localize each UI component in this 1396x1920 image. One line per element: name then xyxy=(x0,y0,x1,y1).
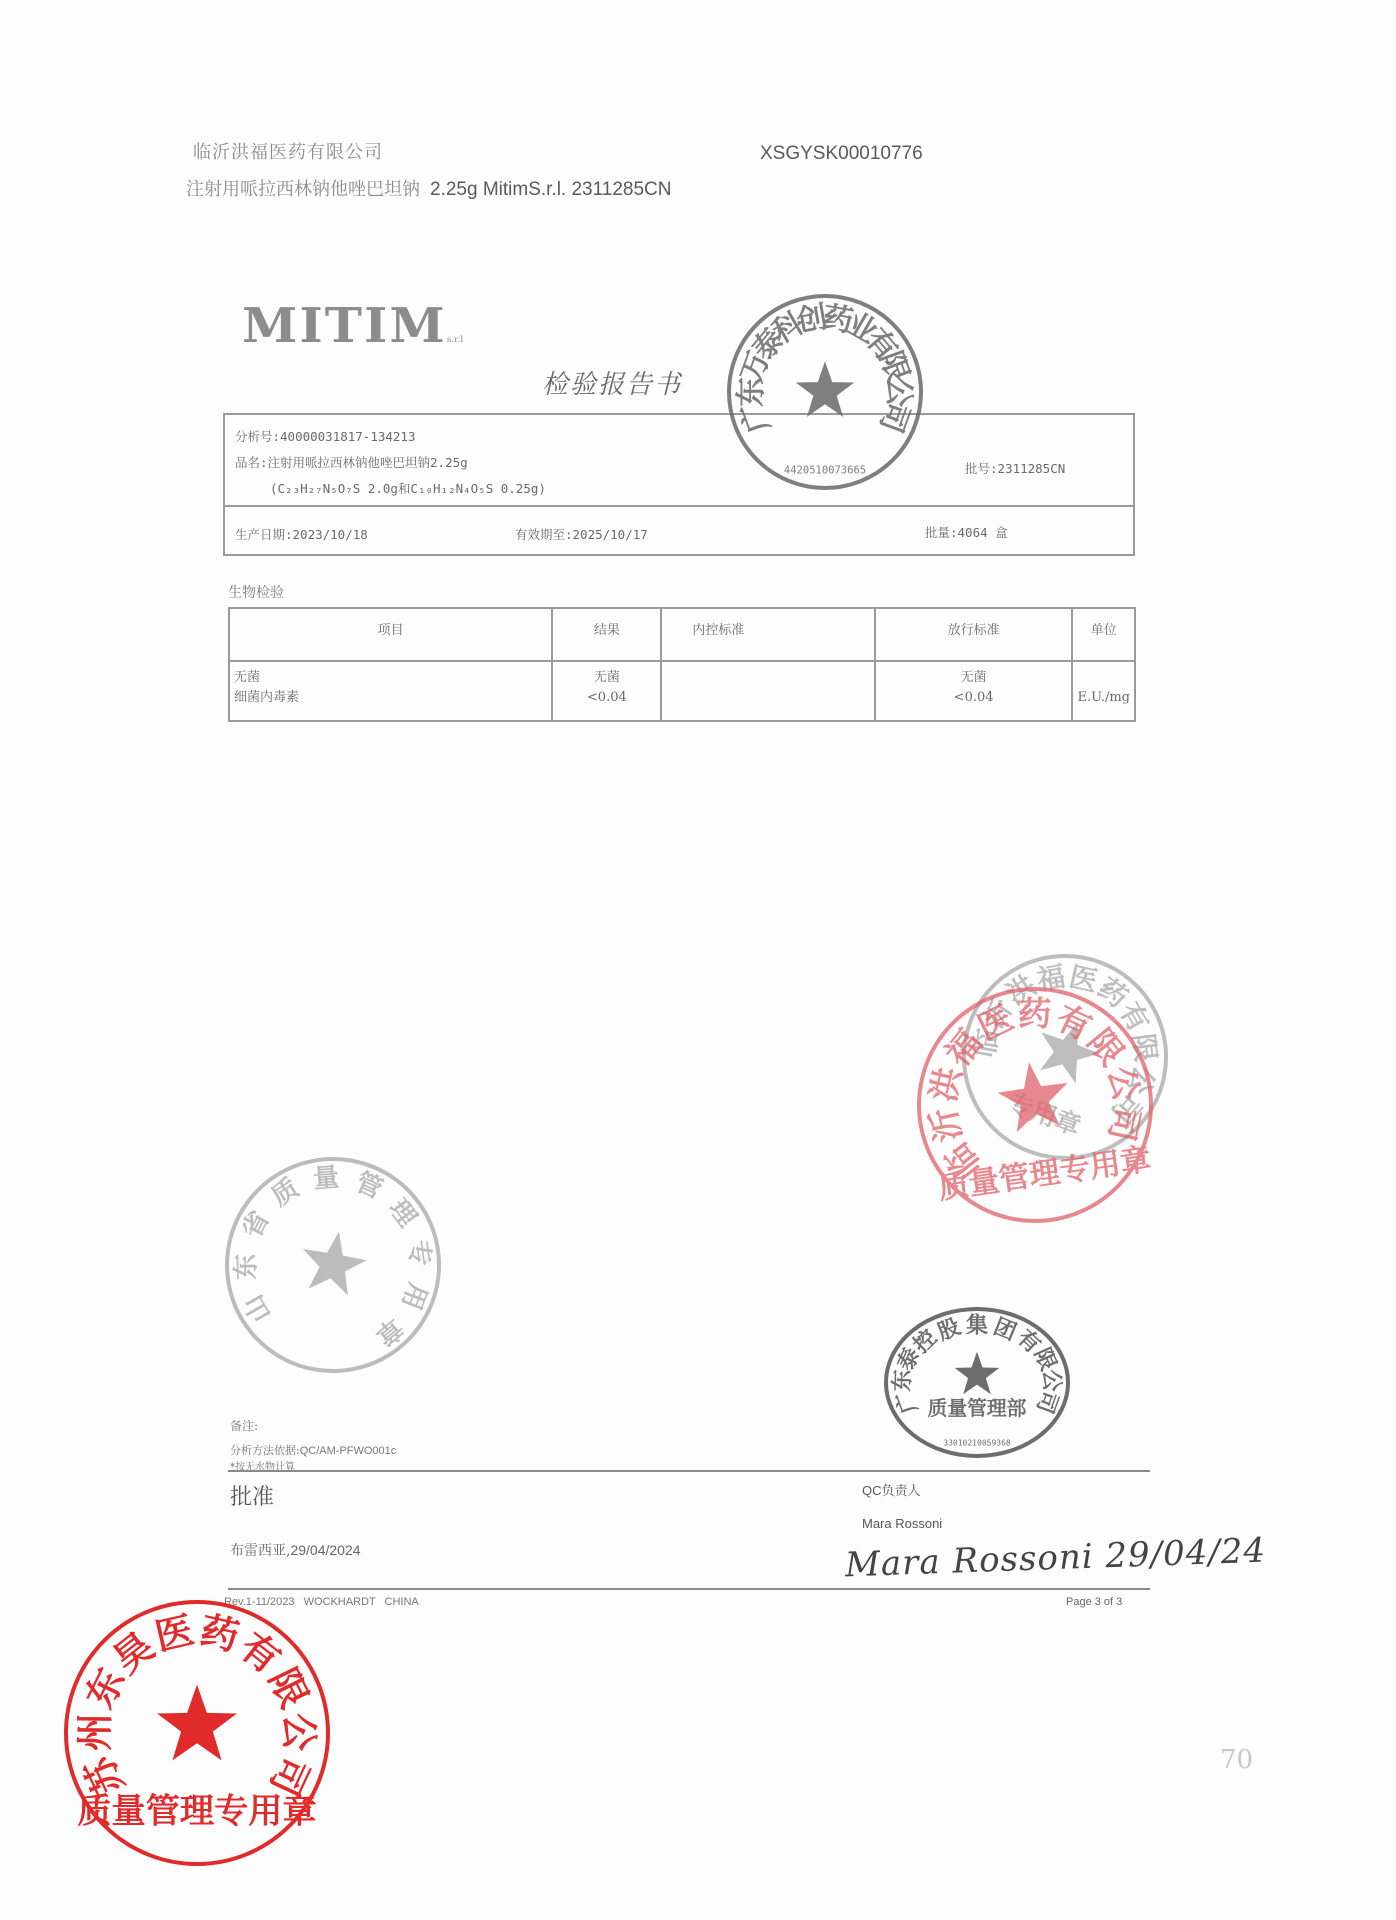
batch-number: 批号:2311285CN xyxy=(965,459,1065,477)
svg-text:限: 限 xyxy=(1126,1032,1162,1064)
svg-text:质量管理部: 质量管理部 xyxy=(928,1396,1027,1420)
svg-text:司: 司 xyxy=(1105,1087,1148,1130)
svg-text:医: 医 xyxy=(151,1607,198,1659)
handwritten-number: 70 xyxy=(1220,1745,1253,1775)
svg-text:公: 公 xyxy=(1100,1063,1147,1105)
svg-text:药: 药 xyxy=(1092,971,1134,1014)
svg-text:集: 集 xyxy=(966,1313,988,1339)
cell-items: 无菌 细菌内毒素 xyxy=(229,661,552,721)
svg-text:控: 控 xyxy=(908,1325,942,1359)
svg-text:33010210059368: 33010210059368 xyxy=(943,1438,1011,1447)
svg-text:东: 东 xyxy=(734,377,769,407)
col-unit: 单位 xyxy=(1072,608,1135,661)
qc-label: QC负责人 xyxy=(862,1480,921,1499)
svg-text:股: 股 xyxy=(934,1314,964,1346)
svg-text:公: 公 xyxy=(277,1713,322,1751)
document-code: XSGYSK00010776 xyxy=(760,143,923,165)
svg-text:用: 用 xyxy=(395,1279,432,1314)
batch-quantity: 批量:4064 盒 xyxy=(925,523,1008,541)
svg-text:省: 省 xyxy=(237,1206,276,1243)
product-name-cn: 注射用哌拉西林钠他唑巴坦钠 xyxy=(186,179,420,200)
svg-text:泰: 泰 xyxy=(893,1344,926,1375)
svg-text:限: 限 xyxy=(260,1661,317,1715)
table-row: 无菌 细菌内毒素 无菌 <0.04 无菌 <0.04 E.U./mg xyxy=(229,661,1135,721)
svg-text:质量管理专用章: 质量管理专用章 xyxy=(936,1141,1153,1206)
report-title: 检验报告书 xyxy=(542,364,682,401)
col-release-standard: 放行标准 xyxy=(875,608,1073,661)
svg-text:量: 量 xyxy=(312,1163,340,1195)
svg-text:公: 公 xyxy=(881,377,916,407)
svg-text:有: 有 xyxy=(858,322,904,367)
svg-text:章: 章 xyxy=(369,1311,409,1351)
svg-text:有: 有 xyxy=(1012,1325,1046,1359)
page-number: Page 3 of 3 xyxy=(1066,1596,1122,1608)
expiry-date: 有效期至:2025/10/17 xyxy=(515,525,648,543)
guangdong-holding-stamp-icon: 广东泰控股集团有限公司质量管理部33010210059368 xyxy=(882,1305,1072,1464)
logo-suffix: s.r.l xyxy=(447,335,464,345)
analysis-method: 分析方法依据:QC/AM-PFWO001c xyxy=(230,1442,396,1458)
manufacture-date: 生产日期:2023/10/18 xyxy=(235,525,368,543)
svg-text:管: 管 xyxy=(351,1166,387,1205)
info-divider xyxy=(225,505,1133,507)
svg-text:限: 限 xyxy=(1079,1022,1131,1074)
approve-label: 批准 xyxy=(230,1480,274,1511)
svg-text:公: 公 xyxy=(1038,1369,1065,1393)
svg-text:东: 东 xyxy=(231,1253,261,1280)
cell-results: 无菌 <0.04 xyxy=(552,661,661,721)
remarks-label: 备注: xyxy=(230,1417,258,1434)
svg-text:医: 医 xyxy=(1066,960,1101,999)
divider-line xyxy=(228,1470,1150,1472)
svg-text:苏: 苏 xyxy=(75,1749,132,1803)
svg-text:有: 有 xyxy=(1050,998,1098,1049)
distributor-name: 临沂洪福医药有限公司 xyxy=(193,138,383,164)
divider-line xyxy=(228,1588,1150,1590)
svg-text:司: 司 xyxy=(1100,1103,1146,1145)
product-spec: 2.25g MitimS.r.l. 2311285CN xyxy=(430,179,672,200)
svg-text:专用章: 专用章 xyxy=(1004,1087,1085,1141)
svg-text:专: 专 xyxy=(402,1238,436,1268)
shandong-quality-stamp-icon: 山东省质量管理专用章 xyxy=(223,1155,443,1379)
svg-text:东: 东 xyxy=(889,1369,916,1392)
svg-text:洪: 洪 xyxy=(924,1063,971,1105)
svg-text:药: 药 xyxy=(820,300,856,340)
qc-name: Mara Rossoni xyxy=(862,1516,942,1531)
col-internal-standard: 内控标准 xyxy=(661,608,874,661)
svg-text:药: 药 xyxy=(196,1607,243,1659)
svg-text:公: 公 xyxy=(1122,1062,1162,1098)
linyi-hongfu-quality-stamp-icon: 临沂洪福医药有限公司质量管理专用章 xyxy=(915,985,1155,1229)
svg-text:团: 团 xyxy=(990,1314,1020,1346)
svg-text:昊: 昊 xyxy=(105,1623,163,1682)
linyi-hongfu-gray-stamp-icon: 临沂洪福医药有限公司专用章 xyxy=(960,952,1170,1166)
svg-text:山: 山 xyxy=(239,1289,278,1327)
svg-text:有: 有 xyxy=(1113,997,1156,1038)
revision-info: Rev.1-11/2023 WOCKHARDT CHINA xyxy=(224,1596,419,1608)
signature: Mara Rossoni 29/04/24 xyxy=(844,1531,1266,1586)
analysis-number: 分析号:40000031817-134213 xyxy=(235,427,416,445)
svg-text:沂: 沂 xyxy=(977,992,1020,1034)
svg-text:理: 理 xyxy=(383,1194,423,1234)
svg-text:司: 司 xyxy=(1031,1387,1063,1417)
svg-text:创: 创 xyxy=(793,300,830,340)
col-item: 项目 xyxy=(229,608,552,661)
svg-text:司: 司 xyxy=(261,1750,318,1803)
svg-text:万: 万 xyxy=(734,347,777,387)
product-name: 品名:注射用哌拉西林钠他唑巴坦钠2.25g xyxy=(235,453,468,471)
formula: (C₂₃H₂₇N₅O₇S 2.0g和C₁₀H₁₂N₄O₅S 0.25g) xyxy=(270,479,546,497)
svg-text:限: 限 xyxy=(873,347,916,387)
cell-internal xyxy=(661,661,874,721)
bio-section-title: 生物检验 xyxy=(228,582,284,602)
suzhou-donghao-stamp-icon: 苏州东昊医药有限公司质量管理专用章 xyxy=(62,1598,332,1872)
mitim-logo: MITIMs.r.l xyxy=(242,297,463,353)
svg-text:泰: 泰 xyxy=(746,322,792,367)
svg-text:福: 福 xyxy=(1034,960,1067,997)
product-line: 注射用哌拉西林钠他唑巴坦钠2.25g MitimS.r.l. 2311285CN xyxy=(186,175,672,201)
cell-release: 无菌 <0.04 xyxy=(875,661,1073,721)
svg-text:质: 质 xyxy=(266,1172,305,1212)
svg-text:临: 临 xyxy=(937,1135,989,1186)
col-result: 结果 xyxy=(552,608,661,661)
svg-text:洪: 洪 xyxy=(1000,969,1042,1012)
svg-text:业: 业 xyxy=(840,306,883,351)
bio-results-table: 项目 结果 内控标准 放行标准 单位 无菌 细菌内毒素 无菌 <0.04 无菌 … xyxy=(228,607,1136,722)
svg-text:东: 东 xyxy=(76,1661,133,1715)
place-date: 布雷西亚,29/04/2024 xyxy=(230,1540,361,1560)
svg-text:科: 科 xyxy=(767,306,810,351)
svg-text:州: 州 xyxy=(72,1713,117,1751)
table-header-row: 项目 结果 内控标准 放行标准 单位 xyxy=(229,608,1135,661)
product-info-box: 分析号:40000031817-134213 品名:注射用哌拉西林钠他唑巴坦钠2… xyxy=(223,413,1135,556)
svg-text:限: 限 xyxy=(1029,1344,1062,1375)
svg-text:福: 福 xyxy=(938,1023,990,1075)
svg-text:沂: 沂 xyxy=(923,1104,969,1146)
svg-text:有: 有 xyxy=(232,1623,290,1682)
cell-unit: E.U./mg xyxy=(1072,661,1135,721)
svg-text:质量管理专用章: 质量管理专用章 xyxy=(77,1792,316,1832)
svg-text:广: 广 xyxy=(891,1387,923,1417)
svg-text:药: 药 xyxy=(1018,994,1052,1034)
svg-text:医: 医 xyxy=(972,998,1020,1049)
svg-text:临: 临 xyxy=(968,1026,1005,1059)
